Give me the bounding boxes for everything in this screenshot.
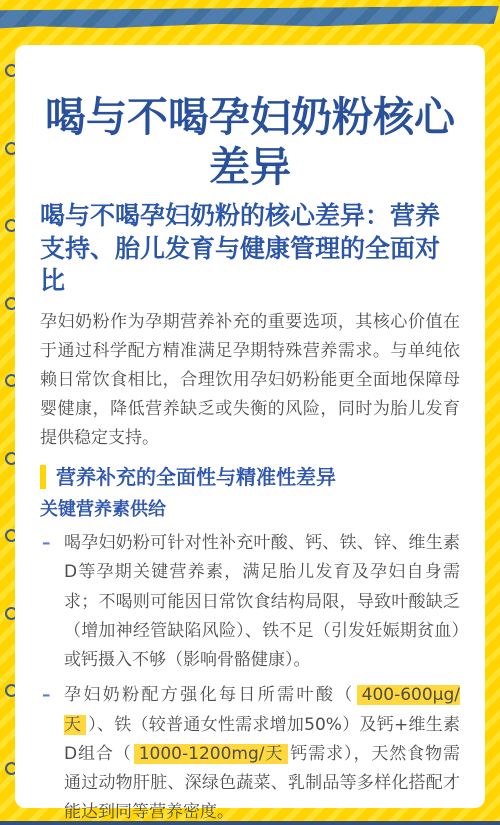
section-header: 营养补充的全面性与精准性差异 (40, 464, 460, 490)
accent-bar-icon (40, 465, 46, 489)
bullet-dash-icon: – (42, 681, 51, 710)
subtitle: 喝与不喝孕妇奶粉的核心差异：营养支持、胎儿发育与健康管理的全面对比 (40, 200, 460, 298)
intro-paragraph: 孕妇奶粉作为孕期营养补充的重要选项，其核心价值在于通过科学配方精准满足孕期特殊营… (40, 308, 460, 454)
bullet-text: 孕妇奶粉配方强化每日所需叶酸（ (64, 685, 355, 705)
bullet-item: –孕妇奶粉配方强化每日所需叶酸（400-600μg/天）、铁（较普通女性需求增加… (40, 681, 460, 825)
bullet-dash-icon: – (42, 529, 51, 558)
sub-section-title: 关键营养素供给 (40, 498, 460, 521)
bullet-text: 喝孕妇奶粉可针对性补充叶酸、钙、铁、锌、维生素D等孕期关键营养素，满足胎儿发育及… (64, 533, 460, 670)
bullet-list: –喝孕妇奶粉可针对性补充叶酸、钙、铁、锌、维生素D等孕期关键营养素，满足胎儿发育… (40, 529, 460, 825)
bottom-edge-strip (0, 821, 500, 825)
page-title: 喝与不喝孕妇奶粉核心差异 (40, 92, 460, 192)
washi-tape-decoration (0, 6, 499, 30)
bullet-item: –喝孕妇奶粉可针对性补充叶酸、钙、铁、锌、维生素D等孕期关键营养素，满足胎儿发育… (40, 529, 460, 675)
highlighted-value: 1000-1200mg/天 (134, 744, 289, 764)
poster-background: 喝与不喝孕妇奶粉核心差异 喝与不喝孕妇奶粉的核心差异：营养支持、胎儿发育与健康管… (0, 0, 500, 825)
section-title: 营养补充的全面性与精准性差异 (56, 464, 336, 490)
content-card: 喝与不喝孕妇奶粉核心差异 喝与不喝孕妇奶粉的核心差异：营养支持、胎儿发育与健康管… (15, 45, 485, 808)
